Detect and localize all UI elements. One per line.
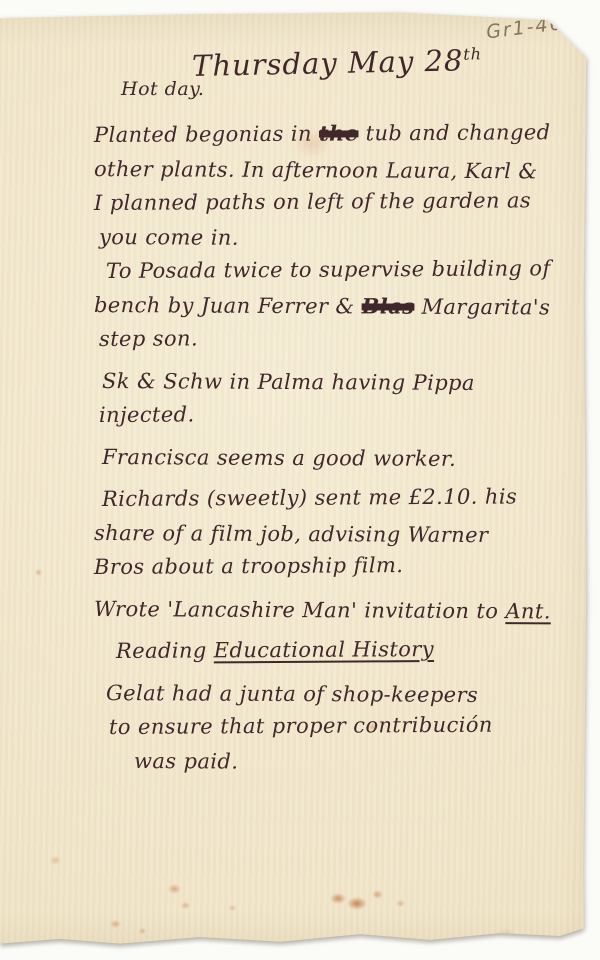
diary-line: I planned paths on left of the garden as xyxy=(94,183,570,220)
diary-line: Bros about a troopship film. xyxy=(94,547,570,584)
line-text: bench by Juan Ferrer & xyxy=(94,293,362,318)
foxing-stain xyxy=(181,902,190,909)
foxing-stain xyxy=(110,920,121,928)
foxing-stain xyxy=(347,897,367,910)
diary-line: Reading Educational History xyxy=(116,631,570,668)
entry-date-ordinal: th xyxy=(463,44,482,63)
scan-background: Gr1-462 Thursday May 28th Hot day. Plant… xyxy=(0,0,600,960)
line-text: other plants. In afternoon Laura, Karl & xyxy=(94,157,538,183)
line-text: Bros about a troopship film. xyxy=(94,553,403,579)
entry-body: Planted begonias in the tub and changed … xyxy=(0,112,600,778)
weather-note: Hot day. xyxy=(121,78,204,100)
line-text: Planted begonias in xyxy=(94,122,319,147)
entry-date-heading: Thursday May 28th xyxy=(192,43,483,83)
line-text: Gelat had a junta of shop-keepers xyxy=(106,681,478,707)
line-text: Francisca seems a good worker. xyxy=(102,445,456,471)
archive-reference-number: Gr1-462 xyxy=(485,10,579,43)
diary-line: to ensure that proper contribución xyxy=(109,707,570,744)
foxing-stain xyxy=(372,890,383,899)
underlined-phrase: Educational History xyxy=(214,637,434,662)
diary-line: injected. xyxy=(99,395,570,432)
line-text: Sk & Schw in Palma having Pippa xyxy=(102,369,475,395)
line-text: share of a film job, advising Warner xyxy=(94,521,489,547)
diary-line: Richards (sweetly) sent me £2.10. his xyxy=(102,479,570,516)
entry-date-text: Thursday May 28 xyxy=(192,43,464,83)
line-text: to ensure that proper contribución xyxy=(109,713,493,739)
foxing-stain xyxy=(139,928,146,934)
underlined-word: Ant. xyxy=(505,599,551,623)
foxing-stain xyxy=(229,905,236,911)
foxing-stain xyxy=(35,569,42,576)
struck-word: Blas xyxy=(362,293,415,318)
line-text: tub and changed xyxy=(358,120,550,145)
diary-line: Francisca seems a good worker. xyxy=(102,440,570,476)
line-text: injected. xyxy=(99,402,195,427)
diary-line: To Posada twice to supervise building of xyxy=(106,251,570,288)
foxing-stain xyxy=(50,856,61,865)
foxing-stain xyxy=(396,900,405,907)
entry-header: Thursday May 28th Hot day. xyxy=(0,46,600,112)
line-text: To Posada twice to supervise building of xyxy=(106,256,551,283)
diary-line: step son. xyxy=(99,319,570,356)
line-text: Richards (sweetly) sent me £2.10. his xyxy=(102,484,517,511)
line-text: step son. xyxy=(99,326,198,351)
line-text: you come in. xyxy=(99,225,239,250)
line-text: I planned paths on left of the garden as xyxy=(94,188,531,215)
line-text: Reading xyxy=(116,638,214,663)
foxing-stain xyxy=(168,884,181,894)
foxing-stain xyxy=(330,893,346,904)
foxing-stain xyxy=(292,128,332,158)
diary-page: Gr1-462 Thursday May 28th Hot day. Plant… xyxy=(0,0,600,960)
line-text: Wrote 'Lancashire Man' invitation to xyxy=(94,597,506,623)
diary-line: Planted begonias in the tub and changed xyxy=(94,115,570,152)
foxing-stain xyxy=(368,723,377,731)
line-text: was paid. xyxy=(134,749,238,774)
line-text: Margarita's xyxy=(414,295,550,320)
diary-line: Wrote 'Lancashire Man' invitation to Ant… xyxy=(94,592,570,628)
diary-line: was paid. xyxy=(134,744,570,780)
foxing-stain xyxy=(500,930,514,938)
